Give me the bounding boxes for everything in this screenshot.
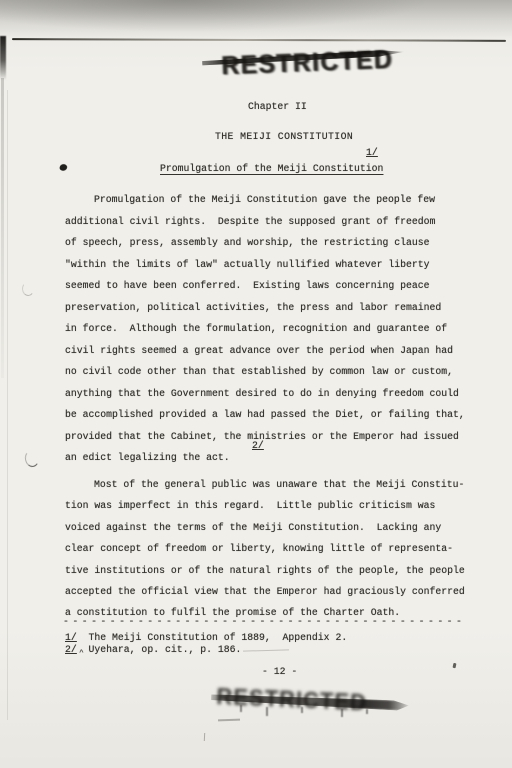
footnote-separator: - - - - - - - - - - - - - - - - - - - - … [63,616,461,627]
scan-shadow-top-left [0,0,430,32]
page-edge-bar-faint [1,78,4,378]
ink-dot [59,163,68,172]
typed-line: preservation, political activities, the … [65,297,465,319]
footnote-ref-2-superscript: 2/ [252,440,264,451]
typed-line: anything that the Government desired to … [65,383,465,405]
typed-line: clear concept of freedom or liberty, kno… [65,538,465,559]
document-page: RESTRICTED Chapter II THE MEIJI CONSTITU… [0,0,512,768]
typed-line: accepted the official view that the Empe… [65,581,465,602]
footnote-1: 1/ The Meiji Constitution of 1889, Appen… [65,632,347,643]
scan-fold-line [12,38,506,42]
typed-line: seemed to have been conferred. Existing … [65,275,465,297]
page-number: - 12 - [262,666,297,677]
typed-line: provided that the Cabinet, the ministrie… [65,426,465,448]
typed-line: be accomplished provided a law had passe… [65,404,465,426]
stray-mark [453,663,456,668]
scan-tick [204,733,206,741]
typed-line: of speech, press, assembly and worship, … [65,232,465,254]
typed-line: an edict legalizing the act. [65,447,465,469]
ink-drip [366,709,368,714]
page-edge-bar [0,36,6,80]
ink-drip [240,705,242,712]
pencil-mark [243,649,289,651]
smudge-dash [218,719,240,721]
typed-line: tion was imperfect in this regard. Littl… [65,495,465,516]
section-heading: Promulgation of the Meiji Constitution [160,163,383,174]
typed-line: tive institutions or of the natural righ… [65,560,465,581]
paragraph-1: Promulgation of the Meiji Constitution g… [65,189,465,469]
ink-drip [301,707,303,713]
typed-line: Most of the general public was unaware t… [65,474,465,495]
footnote-2: 2/ Uyehara, op. cit., p. 186. [65,644,241,655]
pen-mark-c [24,449,40,468]
typed-line: voiced against the terms of the Meiji Co… [65,517,465,538]
caret-insertion-mark: ^ [79,649,84,657]
typed-line: no civil code other than that establishe… [65,361,465,383]
ink-drip [266,707,268,716]
typed-line: "within the limits of law" actually null… [65,254,465,276]
page-edge-line [7,90,8,720]
typed-line: Promulgation of the Meiji Constitution g… [65,189,465,211]
typed-line: in force. Although the formulation, reco… [65,318,465,340]
pen-mark-faint [21,282,34,297]
paragraph-2: Most of the general public was unaware t… [65,474,465,624]
document-title: THE MEIJI CONSTITUTION [215,131,353,142]
typed-line: additional civil rights. Despite the sup… [65,211,465,233]
footnote-ref-1-superscript: 1/ [366,147,378,158]
typed-line: civil rights seemed a great advance over… [65,340,465,362]
chapter-heading: Chapter II [248,101,307,112]
ink-drip [341,709,343,717]
